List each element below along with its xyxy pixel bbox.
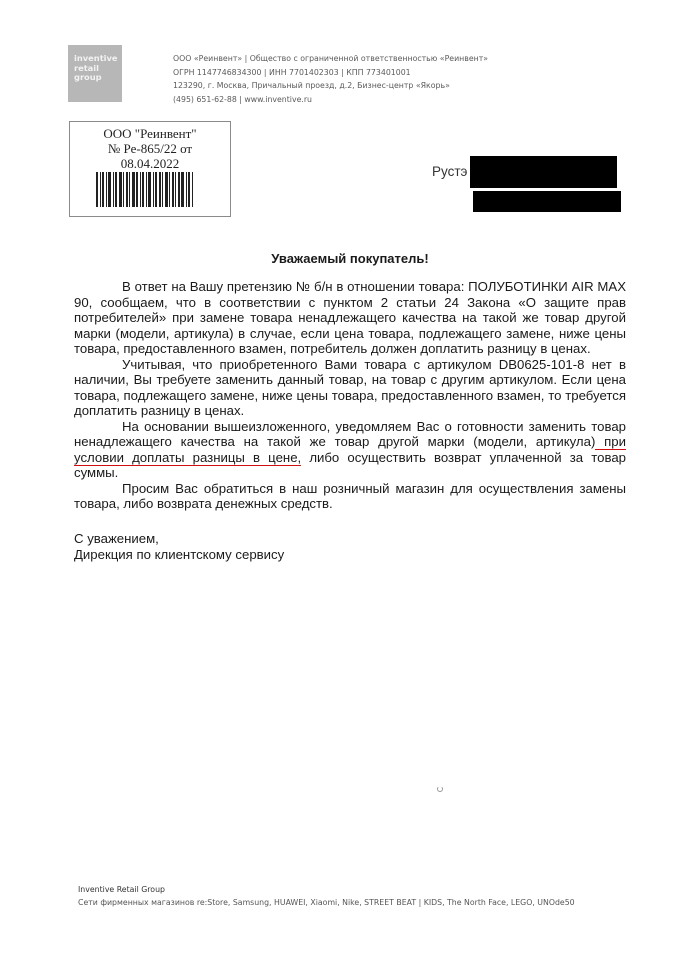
letterhead-line: ООО «Реинвент» | Общество с ограниченной… bbox=[173, 52, 488, 66]
stamp-company: ООО "Реинвент" bbox=[70, 126, 230, 141]
scan-speck-icon bbox=[437, 786, 443, 792]
letterhead-line: 123290, г. Москва, Причальный проезд, д.… bbox=[173, 79, 488, 93]
logo-line: group bbox=[74, 73, 122, 83]
footer-stores: Сети фирменных магазинов re:Store, Samsu… bbox=[78, 897, 575, 910]
paragraph: На основании вышеизложенного, уведомляем… bbox=[74, 419, 626, 481]
company-logo: inventive retail group bbox=[68, 45, 122, 102]
stamp-date: 08.04.2022 bbox=[70, 156, 230, 171]
letterhead-line: (495) 651-62-88 | www.inventive.ru bbox=[173, 93, 488, 107]
paragraph: В ответ на Вашу претензию № б/н в отноше… bbox=[74, 279, 626, 357]
footer: Inventive Retail Group Сети фирменных ма… bbox=[78, 884, 575, 909]
paragraph: Учитывая, что приобретенного Вами товара… bbox=[74, 357, 626, 419]
closing-block: С уважением, Дирекция по клиентскому сер… bbox=[74, 531, 284, 562]
closing-phrase: С уважением, bbox=[74, 531, 284, 547]
barcode-icon bbox=[96, 172, 203, 207]
footer-company: Inventive Retail Group bbox=[78, 884, 575, 897]
paragraph: Просим Вас обратиться в наш розничный ма… bbox=[74, 481, 626, 512]
letterhead-info: ООО «Реинвент» | Общество с ограниченной… bbox=[173, 52, 488, 106]
letterhead-line: ОГРН 1147746834300 | ИНН 7701402303 | КП… bbox=[173, 66, 488, 80]
registration-stamp: ООО "Реинвент" № Ре-865/22 от 08.04.2022 bbox=[69, 121, 231, 217]
stamp-number: № Ре-865/22 от bbox=[70, 141, 230, 156]
redaction-box bbox=[473, 191, 621, 212]
redaction-box bbox=[470, 156, 617, 188]
letter-body: В ответ на Вашу претензию № б/н в отноше… bbox=[74, 279, 626, 512]
salutation: Уважаемый покупатель! bbox=[0, 251, 700, 266]
text: На основании вышеизложенного, уведомляем… bbox=[74, 419, 626, 450]
signature: Дирекция по клиентскому сервису bbox=[74, 547, 284, 563]
recipient-name: Рустэ bbox=[432, 164, 467, 179]
